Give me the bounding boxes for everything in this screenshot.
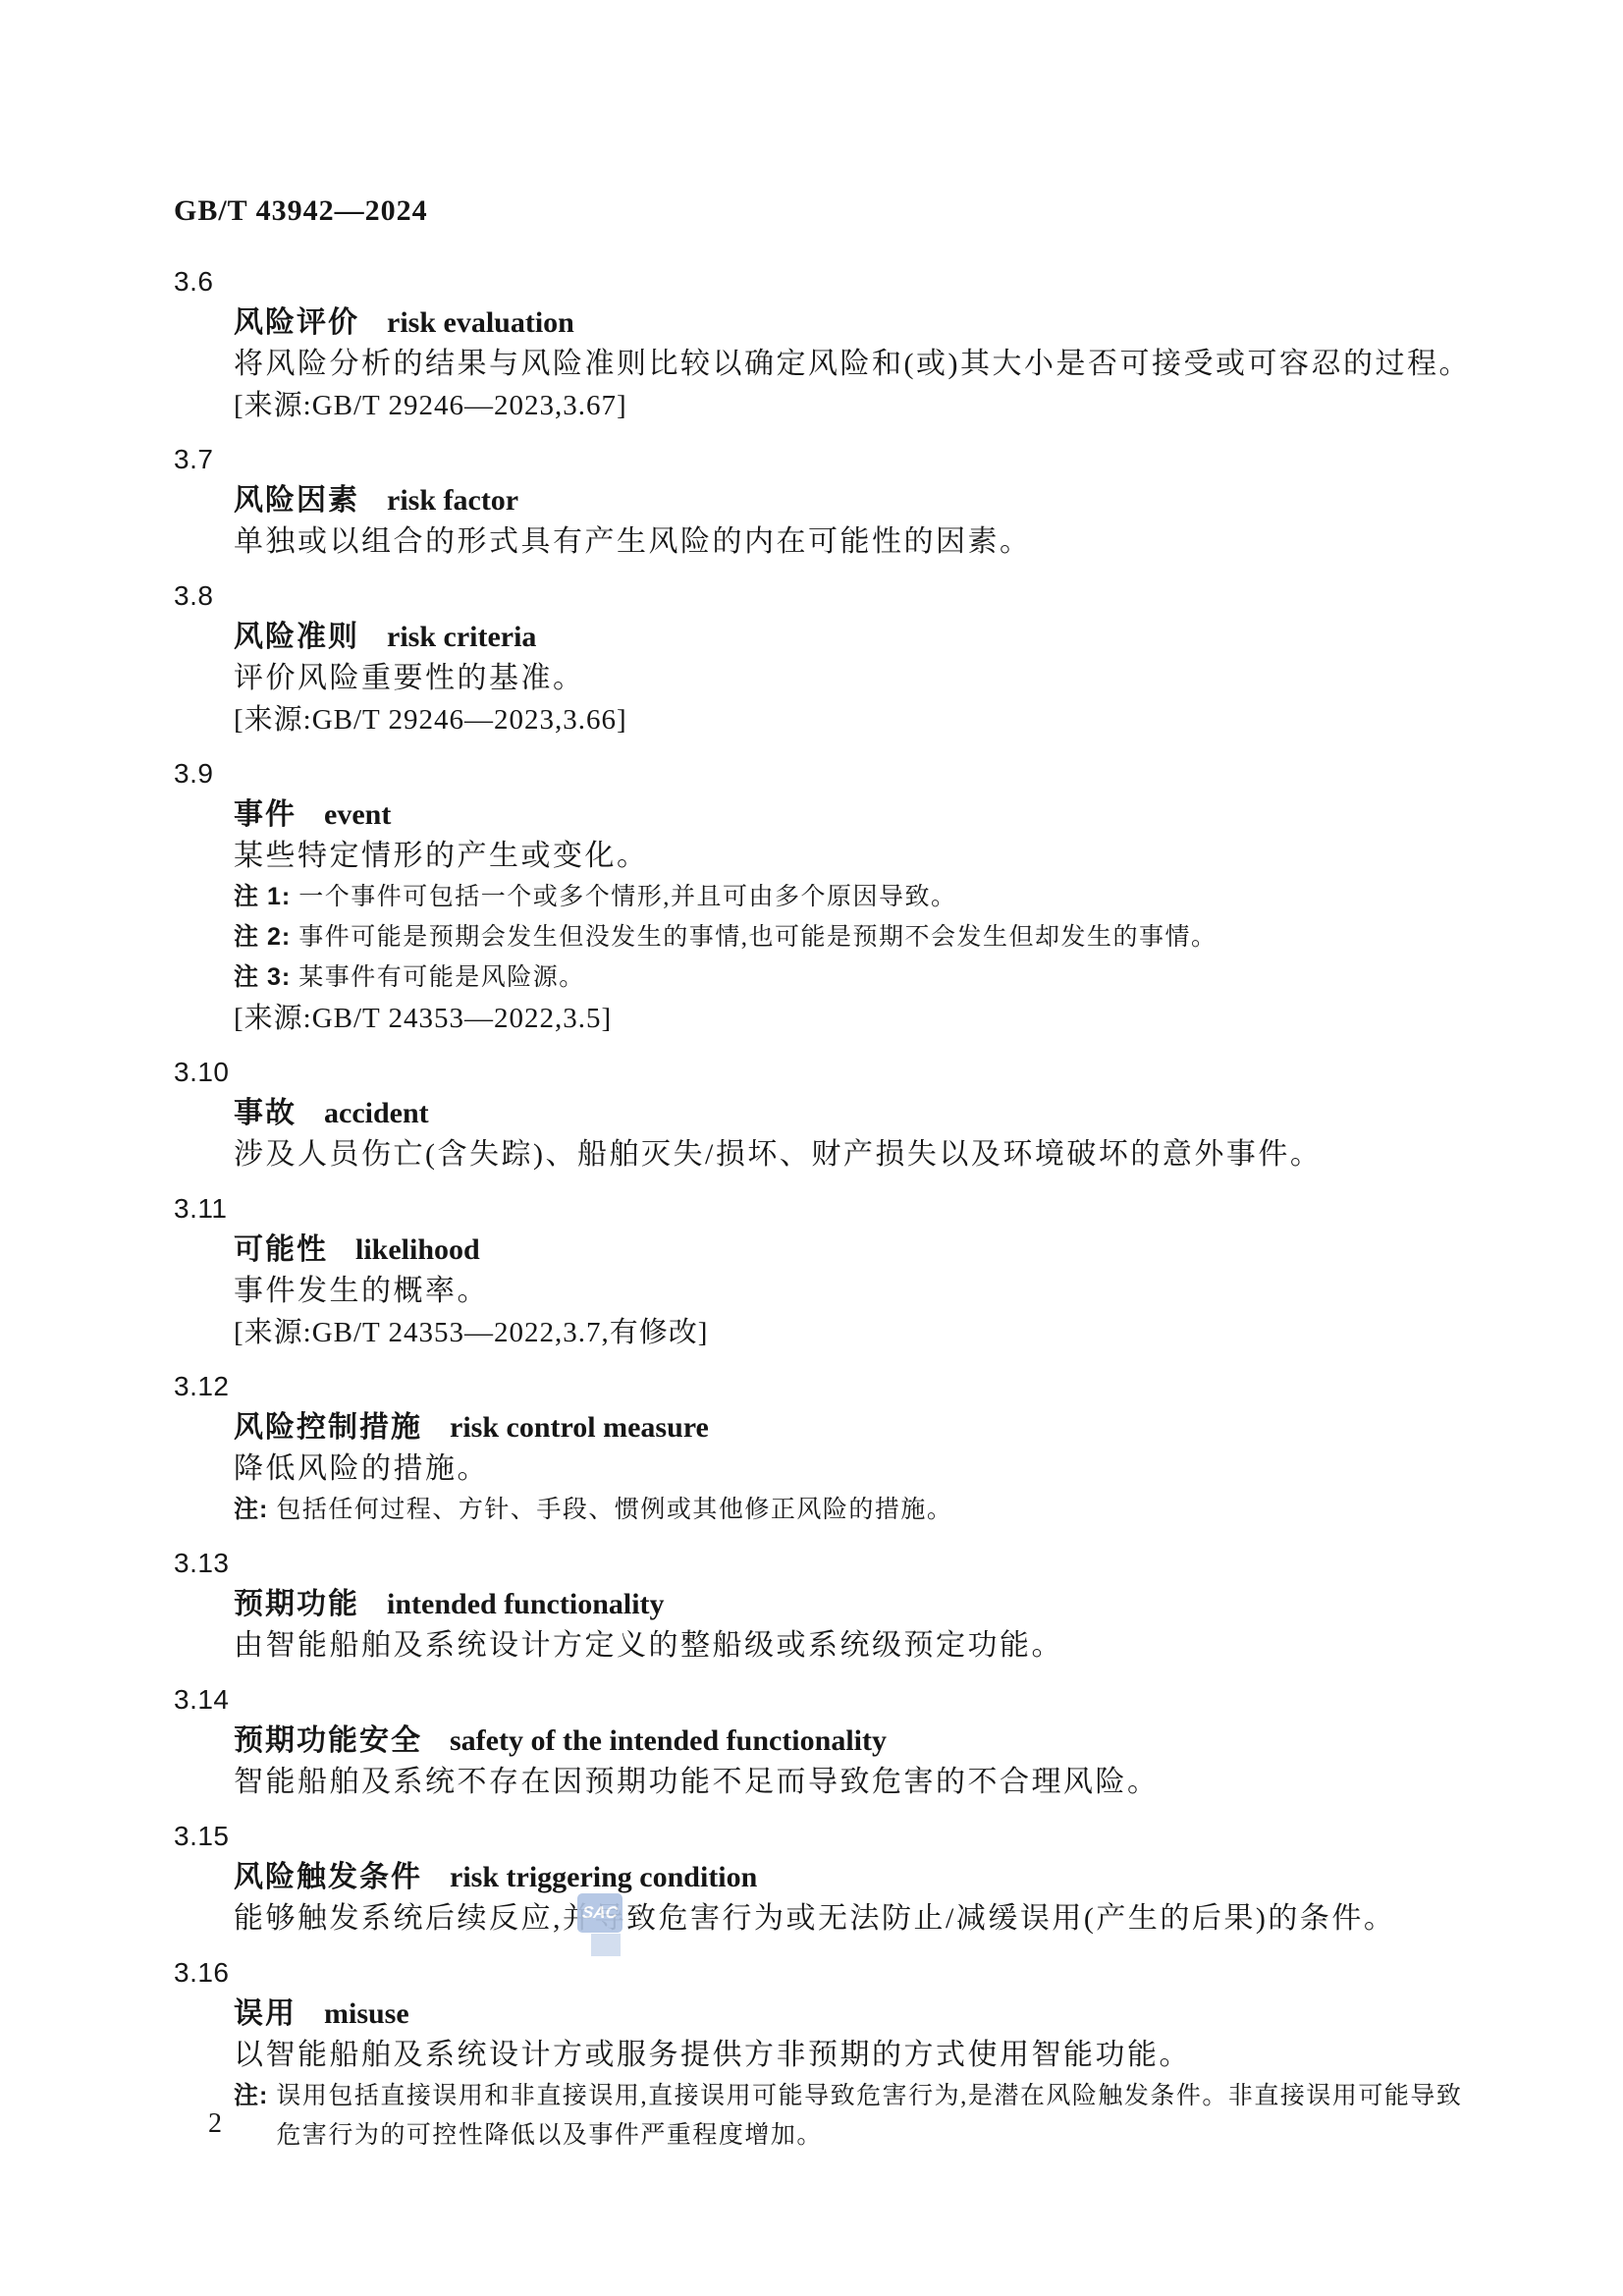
term-source: [来源:GB/T 24353—2022,3.5] bbox=[234, 998, 1478, 1039]
term-chinese: 风险因素 bbox=[234, 484, 359, 517]
term-definition: 涉及人员伤亡(含失踪)、船舶灭失/损坏、财产损失以及环境破坏的意外事件。 bbox=[234, 1134, 1478, 1175]
section-number: 3.16 bbox=[174, 1952, 1478, 1994]
note-text: 误用包括直接误用和非直接误用,直接误用可能导致危害行为,是潜在风险触发条件。非直… bbox=[276, 2077, 1478, 2156]
section-number: 3.15 bbox=[174, 1816, 1478, 1857]
term-note: 注 3:某事件有可能是风险源。 bbox=[234, 957, 1478, 998]
term-section: 3.8 风险准则risk criteria 评价风险重要性的基准。 [来源:GB… bbox=[174, 575, 1478, 740]
note-text: 某事件有可能是风险源。 bbox=[298, 958, 585, 998]
section-number: 3.6 bbox=[174, 261, 1478, 302]
standard-number-header: GB/T 43942—2024 bbox=[174, 194, 428, 228]
term-english: risk evaluation bbox=[387, 306, 574, 339]
term-chinese: 风险触发条件 bbox=[234, 1861, 422, 1893]
term-section: 3.11 可能性likelihood 事件发生的概率。 [来源:GB/T 243… bbox=[174, 1188, 1478, 1353]
term-line: 风险控制措施risk control measure bbox=[234, 1407, 1478, 1449]
term-chinese: 事件 bbox=[234, 798, 297, 831]
term-section: 3.15 风险触发条件risk triggering condition 能够触… bbox=[174, 1816, 1478, 1940]
term-line: 风险触发条件risk triggering condition bbox=[234, 1857, 1478, 1898]
note-text: 包括任何过程、方针、手段、惯例或其他修正风险的措施。 bbox=[276, 1491, 952, 1530]
term-section: 3.16 误用misuse 以智能船舶及系统设计方或服务提供方非预期的方式使用智… bbox=[174, 1952, 1478, 2156]
section-number: 3.11 bbox=[174, 1188, 1478, 1230]
term-source: [来源:GB/T 24353—2022,3.7,有修改] bbox=[234, 1312, 1478, 1353]
term-chinese: 可能性 bbox=[234, 1233, 328, 1266]
page-number: 2 bbox=[208, 2107, 222, 2141]
term-english: risk criteria bbox=[387, 621, 536, 653]
note-label: 注: bbox=[234, 1490, 268, 1529]
term-english: misuse bbox=[324, 1997, 409, 2030]
term-english: risk triggering condition bbox=[450, 1861, 757, 1893]
sac-logo-text: SAC bbox=[581, 1903, 619, 1923]
term-note: 注 2:事件可能是预期会发生但没发生的事情,也可能是预期不会发生但却发生的事情。 bbox=[234, 917, 1478, 957]
section-number: 3.14 bbox=[174, 1679, 1478, 1721]
term-definition: 降低风险的措施。 bbox=[234, 1449, 1478, 1490]
term-chinese: 误用 bbox=[234, 1997, 297, 2030]
term-definition: 以智能船舶及系统设计方或服务提供方非预期的方式使用智能功能。 bbox=[234, 2035, 1478, 2076]
term-definition: 事件发生的概率。 bbox=[234, 1271, 1478, 1312]
note-label: 注 2: bbox=[234, 917, 291, 957]
term-chinese: 风险评价 bbox=[234, 306, 359, 339]
note-text: 一个事件可包括一个或多个情形,并且可由多个原因导致。 bbox=[298, 878, 956, 917]
note-label: 注 3: bbox=[234, 957, 291, 997]
term-line: 风险因素risk factor bbox=[234, 480, 1478, 521]
term-english: event bbox=[324, 798, 391, 831]
term-notes: 注:误用包括直接误用和非直接误用,直接误用可能导致危害行为,是潜在风险触发条件。… bbox=[234, 2076, 1478, 2156]
term-definition: 将风险分析的结果与风险准则比较以确定风险和(或)其大小是否可接受或可容忍的过程。 bbox=[234, 344, 1478, 385]
term-line: 预期功能安全safety of the intended functionali… bbox=[234, 1721, 1478, 1762]
term-section: 3.7 风险因素risk factor 单独或以组合的形式具有产生风险的内在可能… bbox=[174, 439, 1478, 563]
term-line: 预期功能intended functionality bbox=[234, 1584, 1478, 1625]
terms-and-definitions-list: 3.6 风险评价risk evaluation 将风险分析的结果与风险准则比较以… bbox=[174, 261, 1478, 2156]
term-note: 注:误用包括直接误用和非直接误用,直接误用可能导致危害行为,是潜在风险触发条件。… bbox=[234, 2076, 1478, 2156]
term-section: 3.9 事件event 某些特定情形的产生或变化。 注 1:一个事件可包括一个或… bbox=[174, 753, 1478, 1039]
sac-logo-icon: SAC bbox=[577, 1893, 622, 1933]
term-source: [来源:GB/T 29246—2023,3.66] bbox=[234, 699, 1478, 740]
term-english: accident bbox=[324, 1097, 429, 1129]
term-definition: 单独或以组合的形式具有产生风险的内在可能性的因素。 bbox=[234, 521, 1478, 563]
term-line: 风险准则risk criteria bbox=[234, 617, 1478, 658]
term-line: 可能性likelihood bbox=[234, 1230, 1478, 1271]
term-line: 风险评价risk evaluation bbox=[234, 302, 1478, 344]
term-section: 3.14 预期功能安全safety of the intended functi… bbox=[174, 1679, 1478, 1803]
term-chinese: 预期功能 bbox=[234, 1588, 359, 1620]
term-definition: 评价风险重要性的基准。 bbox=[234, 658, 1478, 699]
term-note: 注 1:一个事件可包括一个或多个情形,并且可由多个原因导致。 bbox=[234, 877, 1478, 917]
term-line: 事故accident bbox=[234, 1093, 1478, 1134]
term-chinese: 风险准则 bbox=[234, 621, 359, 653]
term-english: risk control measure bbox=[450, 1411, 709, 1444]
sac-logo-tab bbox=[591, 1934, 621, 1956]
section-number: 3.7 bbox=[174, 439, 1478, 480]
note-label: 注 1: bbox=[234, 877, 291, 916]
term-definition: 由智能船舶及系统设计方定义的整船级或系统级预定功能。 bbox=[234, 1625, 1478, 1667]
term-section: 3.6 风险评价risk evaluation 将风险分析的结果与风险准则比较以… bbox=[174, 261, 1478, 426]
term-english: risk factor bbox=[387, 484, 518, 517]
note-label: 注: bbox=[234, 2076, 268, 2115]
section-number: 3.9 bbox=[174, 753, 1478, 794]
term-source: [来源:GB/T 29246—2023,3.67] bbox=[234, 385, 1478, 426]
term-english: intended functionality bbox=[387, 1588, 665, 1620]
term-definition: 能够触发系统后续反应,并导致危害行为或无法防止/减缓误用(产生的后果)的条件。 bbox=[234, 1898, 1478, 1940]
term-notes: 注 1:一个事件可包括一个或多个情形,并且可由多个原因导致。注 2:事件可能是预… bbox=[234, 877, 1478, 998]
note-text: 事件可能是预期会发生但没发生的事情,也可能是预期不会发生但却发生的事情。 bbox=[298, 918, 1217, 957]
section-number: 3.10 bbox=[174, 1052, 1478, 1093]
term-english: safety of the intended functionality bbox=[450, 1724, 887, 1757]
term-section: 3.13 预期功能intended functionality 由智能船舶及系统… bbox=[174, 1543, 1478, 1667]
term-chinese: 风险控制措施 bbox=[234, 1411, 422, 1444]
term-chinese: 事故 bbox=[234, 1097, 297, 1129]
term-section: 3.12 风险控制措施risk control measure 降低风险的措施。… bbox=[174, 1366, 1478, 1530]
term-line: 误用misuse bbox=[234, 1994, 1478, 2035]
term-line: 事件event bbox=[234, 794, 1478, 836]
term-definition: 某些特定情形的产生或变化。 bbox=[234, 836, 1478, 877]
document-page: GB/T 43942—2024 3.6 风险评价risk evaluation … bbox=[0, 0, 1623, 2296]
term-notes: 注:包括任何过程、方针、手段、惯例或其他修正风险的措施。 bbox=[234, 1490, 1478, 1530]
section-number: 3.12 bbox=[174, 1366, 1478, 1407]
section-number: 3.13 bbox=[174, 1543, 1478, 1584]
term-chinese: 预期功能安全 bbox=[234, 1724, 422, 1757]
term-definition: 智能船舶及系统不存在因预期功能不足而导致危害的不合理风险。 bbox=[234, 1762, 1478, 1803]
sac-watermark: SAC bbox=[577, 1893, 622, 1956]
term-note: 注:包括任何过程、方针、手段、惯例或其他修正风险的措施。 bbox=[234, 1490, 1478, 1530]
term-english: likelihood bbox=[355, 1233, 480, 1266]
term-section: 3.10 事故accident 涉及人员伤亡(含失踪)、船舶灭失/损坏、财产损失… bbox=[174, 1052, 1478, 1175]
section-number: 3.8 bbox=[174, 575, 1478, 617]
